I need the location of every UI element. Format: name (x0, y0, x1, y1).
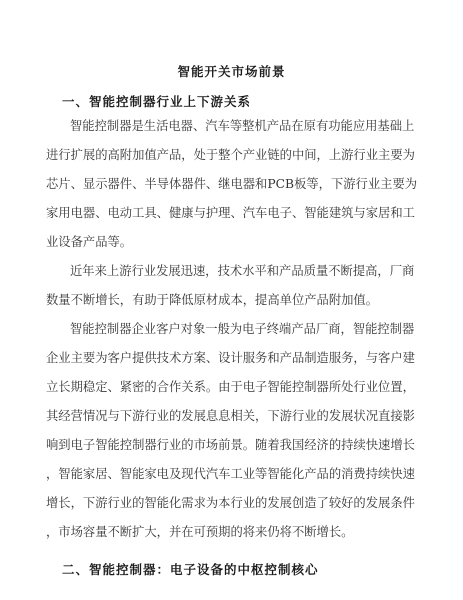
section-heading-1: 一、智能控制器行业上下游关系 (62, 92, 251, 110)
paragraph-line: 芯片、显示器件、半导体器件、继电器和PCB板等，下游行业主要为 (46, 176, 408, 192)
document-page: 智能开关市场前景 一、智能控制器行业上下游关系 智能控制器是生活电器、汽车等整机… (0, 0, 463, 600)
paragraph-line: 企业主要为客户提供技术方案、设计服务和产品制造服务，与客户建 (46, 350, 408, 366)
paragraph-line: 进行扩展的高附加值产品，处于整个产业链的中间，上游行业主要为 (46, 147, 408, 163)
paragraph-line: ，市场容量不断扩大，并在可预期的将来仍将不断增长。 (46, 524, 408, 540)
paragraph-line: 数量不断增长，有助于降低原材成本，提高单位产品附加值。 (46, 292, 408, 308)
paragraph-line: 智能控制器企业客户对象一般为电子终端产品厂商，智能控制器 (70, 321, 408, 337)
section-heading-2: 二、智能控制器：电子设备的中枢控制核心 (62, 560, 319, 578)
document-title: 智能开关市场前景 (0, 62, 463, 80)
paragraph-line: ，智能家居、智能家电及现代汽车工业等智能化产品的消费持续快速 (46, 466, 408, 482)
paragraph-line: 其经营情况与下游行业的发展息息相关，下游行业的发展状况直接影 (46, 408, 408, 424)
paragraph-line: 响到电子智能控制器行业的市场前景。随着我国经济的持续快速增长 (46, 437, 408, 453)
paragraph-line: 家用电器、电动工具、健康与护理、汽车电子、智能建筑与家居和工 (46, 205, 408, 221)
paragraph-line: 业设备产品等。 (46, 234, 408, 250)
paragraph-line: 智能控制器是生活电器、汽车等整机产品在原有功能应用基础上 (70, 118, 408, 134)
paragraph-line: 增长，下游行业的智能化需求为本行业的发展创造了较好的发展条件 (46, 495, 408, 511)
paragraph-line: 近年来上游行业发展迅速，技术水平和产品质量不断提高，厂商 (70, 263, 408, 279)
paragraph-line: 立长期稳定、紧密的合作关系。由于电子智能控制器所处行业位置， (46, 379, 408, 395)
